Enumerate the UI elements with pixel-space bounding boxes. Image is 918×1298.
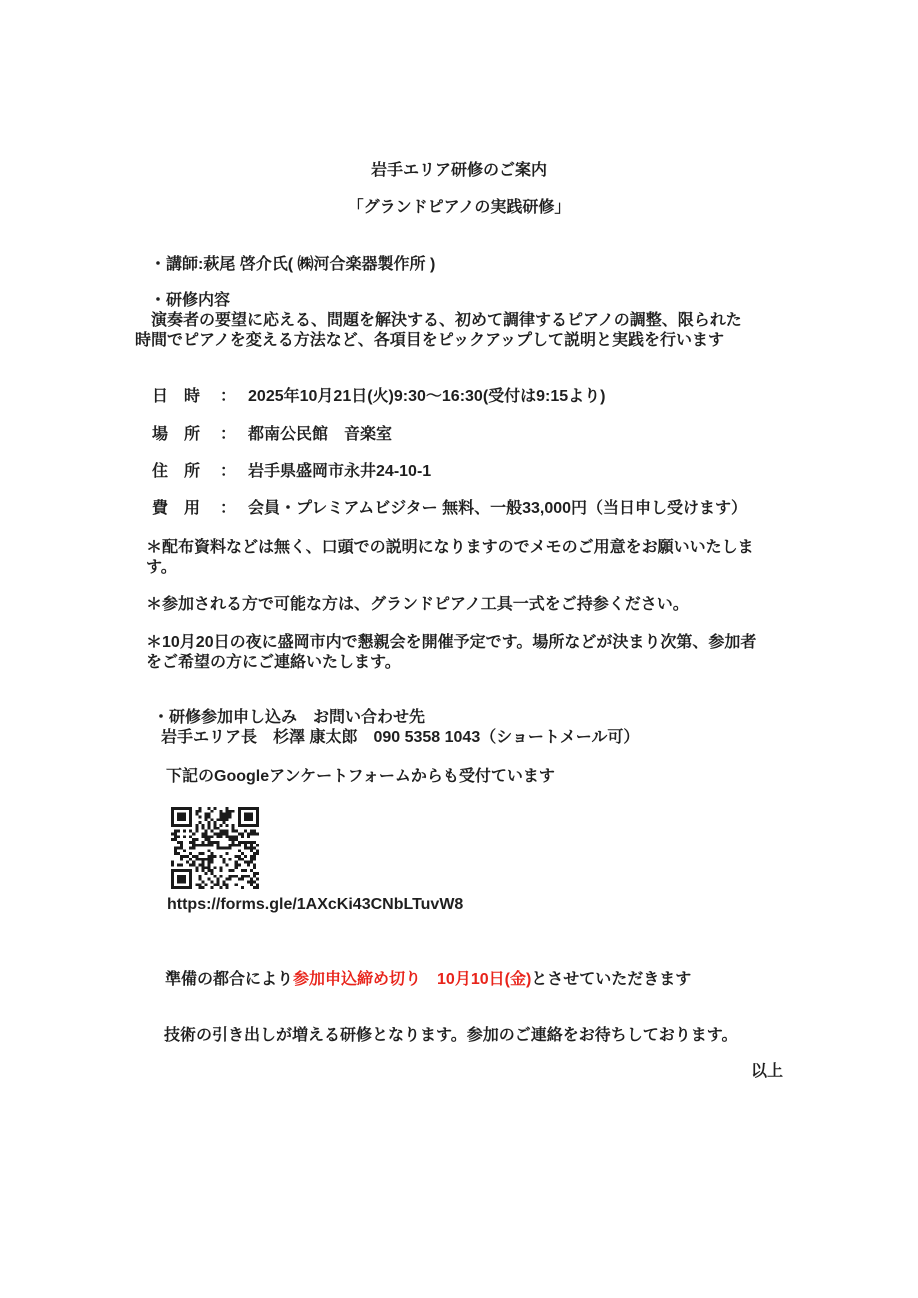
note-line: ＊10月20日の夜に盛岡市内で懇親会を開催予定です。場所などが決まり次第、参加者 bbox=[146, 633, 801, 653]
contact-heading: ・研修参加申し込み お問い合わせ先 bbox=[153, 708, 425, 728]
paragraph-line: 時間でピアノを変える方法など、各項目をピックアップして説明と実践を行います bbox=[135, 331, 795, 351]
detail-label: 日 時 bbox=[152, 387, 200, 407]
paragraph-line: 演奏者の要望に応える、問題を解決する、初めて調律するピアノの調整、限られた bbox=[135, 311, 795, 331]
note-handouts: ＊配布資料などは無く、口頭での説明になりますのでメモのご用意をお願いいたしま す… bbox=[146, 538, 801, 578]
google-form-url: https://forms.gle/1AXcKi43CNbLTuvW8 bbox=[167, 895, 463, 915]
detail-label: 住 所 bbox=[152, 462, 200, 482]
note-line: す。 bbox=[146, 558, 801, 578]
deadline-line: 準備の都合により参加申込締め切り 10月10日(金)とさせていただきます bbox=[165, 970, 691, 990]
detail-label: 場 所 bbox=[152, 425, 200, 445]
detail-separator: ： bbox=[220, 463, 236, 480]
detail-value: 2025年10月21日(火)9:30〜16:30(受付は9:15より) bbox=[248, 388, 605, 405]
detail-separator: ： bbox=[220, 500, 236, 517]
deadline-prefix: 準備の都合により bbox=[165, 971, 293, 988]
detail-row-address: 住 所：岩手県盛岡市永井24-10-1 bbox=[152, 462, 431, 482]
detail-row-place: 場 所：都南公民館 音楽室 bbox=[152, 425, 392, 445]
google-form-note: 下記のGoogleアンケートフォームからも受付ています bbox=[166, 767, 555, 787]
document-page: 岩手エリア研修のご案内 「グランドピアノの実践研修」 ・講師:萩尾 啓介氏( ㈱… bbox=[0, 0, 918, 1298]
detail-row-fee: 費 用：会員・プレミアムビジター 無料、一般33,000円（当日申し受けます） bbox=[152, 499, 747, 519]
sign-off: 以上 bbox=[751, 1062, 783, 1082]
document-subtitle: 「グランドピアノの実践研修」 bbox=[0, 198, 918, 218]
detail-row-datetime: 日 時：2025年10月21日(火)9:30〜16:30(受付は9:15より) bbox=[152, 387, 606, 407]
detail-value: 岩手県盛岡市永井24-10-1 bbox=[248, 463, 431, 480]
note-line: をご希望の方にご連絡いたします。 bbox=[146, 653, 801, 673]
note-line: ＊参加される方で可能な方は、グランドピアノ工具一式をご持参ください。 bbox=[146, 595, 801, 615]
detail-separator: ： bbox=[220, 426, 236, 443]
qr-code bbox=[171, 807, 259, 889]
lecturer-line: ・講師:萩尾 啓介氏( ㈱河合楽器製作所 ) bbox=[150, 255, 435, 275]
document-title: 岩手エリア研修のご案内 bbox=[0, 161, 918, 181]
note-social-gathering: ＊10月20日の夜に盛岡市内で懇親会を開催予定です。場所などが決まり次第、参加者… bbox=[146, 633, 801, 673]
detail-separator: ： bbox=[220, 388, 236, 405]
note-tools: ＊参加される方で可能な方は、グランドピアノ工具一式をご持参ください。 bbox=[146, 595, 801, 615]
detail-label: 費 用 bbox=[152, 499, 200, 519]
note-line: ＊配布資料などは無く、口頭での説明になりますのでメモのご用意をお願いいたしま bbox=[146, 538, 801, 558]
deadline-suffix: とさせていただきます bbox=[531, 971, 691, 988]
deadline-highlight: 参加申込締め切り 10月10日(金) bbox=[293, 971, 531, 988]
closing-message: 技術の引き出しが増える研修となります。参加のご連絡をお待ちしております。 bbox=[164, 1026, 737, 1046]
training-content-paragraph: 演奏者の要望に応える、問題を解決する、初めて調律するピアノの調整、限られた 時間… bbox=[135, 311, 795, 351]
detail-value: 会員・プレミアムビジター 無料、一般33,000円（当日申し受けます） bbox=[248, 500, 747, 517]
training-content-heading: ・研修内容 bbox=[150, 291, 230, 311]
detail-value: 都南公民館 音楽室 bbox=[248, 426, 392, 443]
contact-person-line: 岩手エリア長 杉澤 康太郎 090 5358 1043（ショートメール可） bbox=[161, 728, 639, 748]
